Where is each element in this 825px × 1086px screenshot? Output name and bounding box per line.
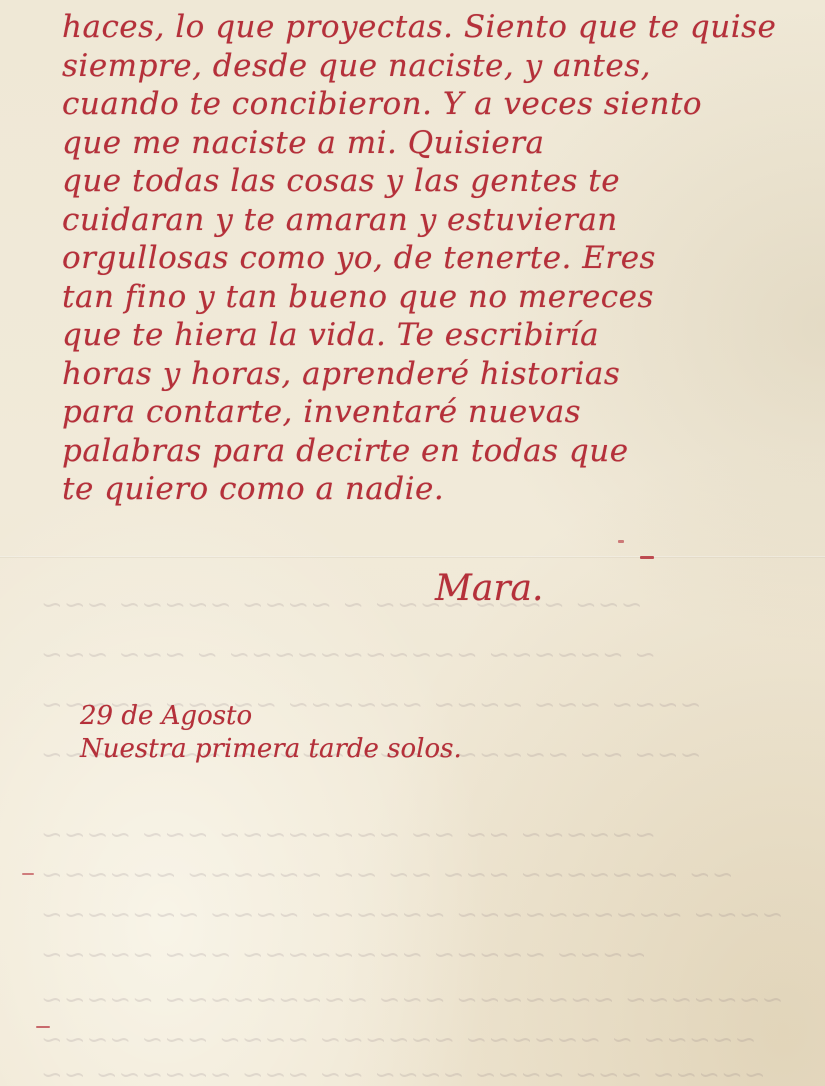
ink-mark <box>22 873 34 875</box>
letter-line: que me naciste a mi. Quisiera <box>62 124 822 163</box>
reverse-side-showthrough: ~~~~~~ ~~ ~~ ~~~~~~~~ ~~~ ~~~~ <box>40 820 656 850</box>
reverse-side-showthrough: ~~~~ ~~~~~ ~~~~~~~~ ~~~ ~~~~~ <box>40 940 647 970</box>
ink-mark <box>640 556 654 559</box>
letter-body: haces, lo que proyectas. Siento que te q… <box>62 8 822 509</box>
letter-page: ~~~ ~~~~ ~~~~ ~ ~~~~ ~~~~~ ~~~ ~ ~~~~~~ … <box>0 0 825 1086</box>
letter-line: palabras para decirte en todas que <box>62 432 822 471</box>
reverse-side-showthrough: ~~~~~ ~ ~~~~~~ ~~~~~~ ~~~~ ~~~ ~~~~ <box>40 1025 756 1055</box>
letter-line: para contarte, inventaré nuevas <box>62 393 822 432</box>
ink-mark <box>618 540 624 543</box>
letter-line: haces, lo que proyectas. Siento que te q… <box>62 8 822 47</box>
reverse-side-showthrough: ~ ~~~~~~ ~~~~~~~~~~~ ~ ~~~ ~~~ <box>40 640 656 670</box>
reverse-side-showthrough: ~~ ~~~~~~~ ~~~ ~~ ~~ ~~~~~~ ~~~~~~ <box>40 860 734 890</box>
note-caption: Nuestra primera tarde solos. <box>80 733 462 766</box>
letter-line: cuando te concibieron. Y a veces siento <box>62 85 822 124</box>
reverse-side-showthrough: ~~~ ~~~~ ~~~~ ~ ~~~~ ~~~~~ ~~~ <box>40 590 642 620</box>
ink-mark <box>36 1026 50 1028</box>
letter-line: que todas las cosas y las gentes te <box>62 162 822 201</box>
paper-fold-line <box>0 556 825 558</box>
letter-line: cuidaran y te amaran y estuvieran <box>62 201 822 240</box>
letter-line: que te hiera la vida. Te escribiría <box>62 316 822 355</box>
reverse-side-showthrough: ~~~~ ~~~~~~~~~~ ~~~~~~ ~~~~ ~~~~~~~ <box>40 900 783 930</box>
note-date: 29 de Agosto <box>80 700 462 733</box>
reverse-side-showthrough: ~~~~~~~ ~~~~~~~ ~~~ ~~~~~~~~~ ~~~~~ <box>40 985 783 1015</box>
letter-line: horas y horas, aprenderé historias <box>62 355 822 394</box>
letter-line: te quiero como a nadie. <box>62 470 822 509</box>
letter-line: orgullosas como yo, de tenerte. Eres <box>62 239 822 278</box>
signature: Mara. <box>435 568 543 609</box>
reverse-side-showthrough: ~~~~~ ~~~ ~~~~ ~~~~ ~~ ~~~ ~~~~~~ ~~ <box>40 1060 766 1086</box>
date-note: 29 de Agosto Nuestra primera tarde solos… <box>80 700 462 766</box>
letter-line: tan fino y tan bueno que no mereces <box>62 278 822 317</box>
letter-line: siempre, desde que naciste, y antes, <box>62 47 822 86</box>
